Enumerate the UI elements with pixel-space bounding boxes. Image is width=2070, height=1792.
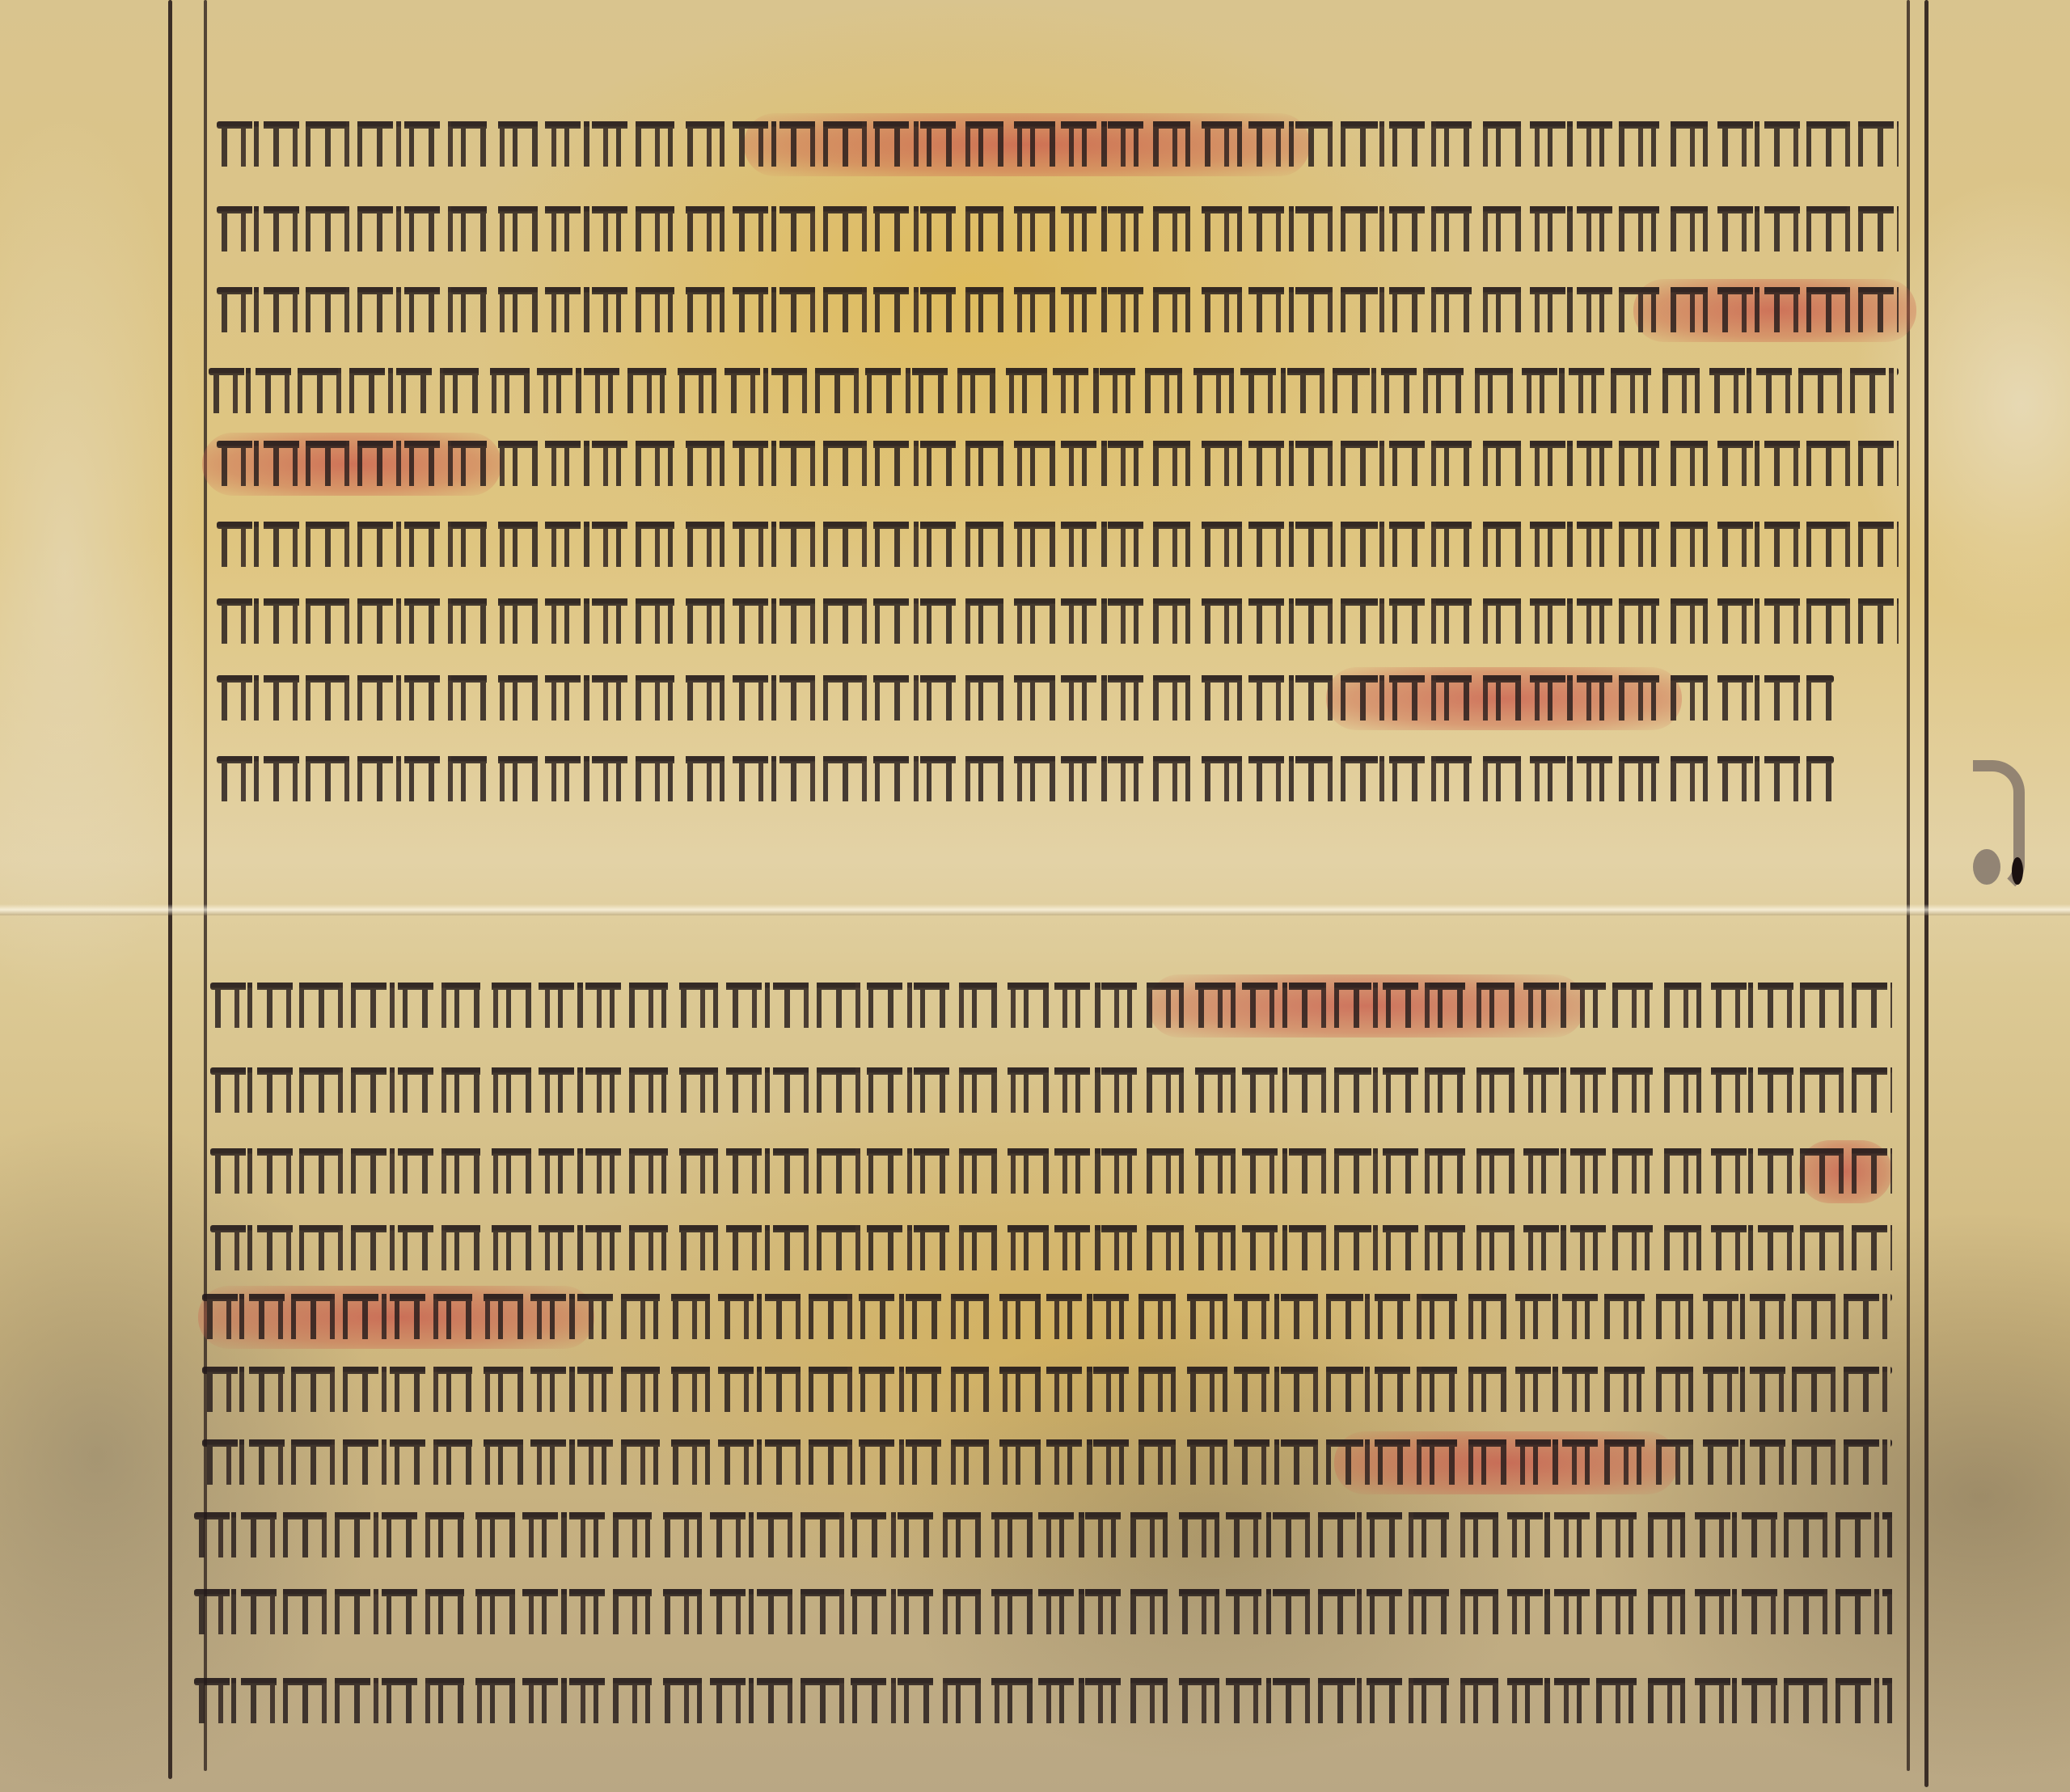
manuscript-line	[217, 756, 1834, 801]
manuscript-page: Handwritten manuscript page in black ink…	[0, 0, 2070, 1792]
manuscript-line	[217, 121, 1899, 167]
manuscript-line	[194, 1678, 1892, 1723]
manuscript-line	[202, 1367, 1892, 1412]
paper-hole	[2012, 857, 2023, 885]
manuscript-line	[217, 675, 1834, 721]
left-inner-rule	[204, 0, 207, 1771]
manuscript-line	[210, 1067, 1892, 1113]
manuscript-line	[217, 441, 1899, 486]
right-inner-rule	[1907, 0, 1910, 1771]
manuscript-line	[202, 1439, 1892, 1485]
left-outer-rule	[168, 0, 172, 1779]
manuscript-line	[194, 1512, 1892, 1557]
manuscript-line	[210, 983, 1892, 1028]
manuscript-line	[217, 206, 1899, 251]
manuscript-line	[210, 1225, 1892, 1270]
manuscript-line	[217, 522, 1899, 567]
page-fold	[0, 904, 2070, 915]
right-outer-rule	[1924, 0, 1928, 1787]
manuscript-line	[210, 1148, 1892, 1194]
manuscript-line	[209, 368, 1899, 413]
manuscript-line	[202, 1294, 1892, 1339]
folio-number-mark-tail	[1973, 849, 2000, 885]
manuscript-line	[194, 1589, 1892, 1634]
manuscript-line	[217, 598, 1899, 644]
manuscript-line	[217, 287, 1899, 332]
